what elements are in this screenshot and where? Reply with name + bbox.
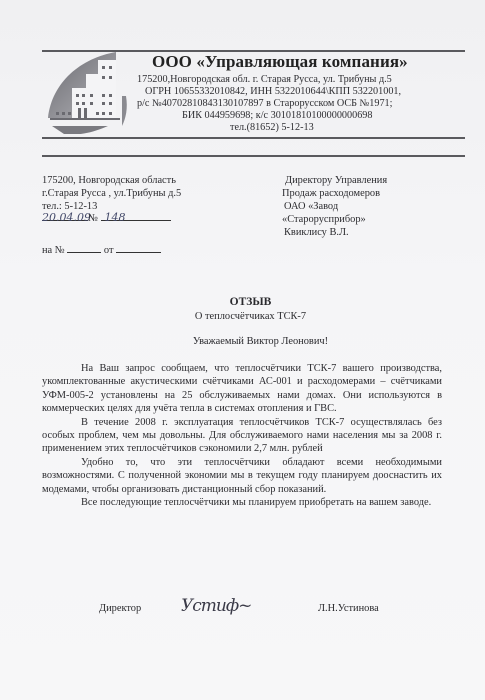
company-phone: тел.(81652) 5-12-13 <box>230 122 314 133</box>
body-paragraph-4: Все последующие теплосчётчики мы планиру… <box>42 496 442 509</box>
reply-to-number-blank <box>67 243 101 253</box>
outgoing-date-handwritten: 20.04.09 <box>42 211 88 221</box>
body-paragraph-3: Удобно то, что эти теплосчётчики обладаю… <box>42 456 442 496</box>
document-subtitle: О теплосчётчиках ТСК-7 <box>0 311 485 322</box>
recipient-line1: Директору Управления <box>285 175 387 186</box>
letterhead-bottom-rule <box>42 155 465 157</box>
recipient-line3: ОАО «Завод <box>284 201 338 212</box>
letter-body: На Ваш запрос сообщаем, что теплосчётчик… <box>42 362 442 509</box>
company-bik: БИК 044959698; к/с 30101810100000000698 <box>182 110 373 121</box>
salutation: Уважаемый Виктор Леонович! <box>0 336 485 347</box>
recipient-line5: Квиклису В.Л. <box>284 227 349 238</box>
building-logo-icon <box>46 52 130 134</box>
handwritten-signature: Устиф~ <box>181 596 251 616</box>
document-title: ОТЗЫВ <box>0 296 485 308</box>
letterhead-middle-rule <box>42 137 465 139</box>
signatory-position: Директор <box>99 603 141 614</box>
document-page: ООО «Управляющая компания» 175200,Новгор… <box>0 0 485 700</box>
company-name: ООО «Управляющая компания» <box>152 52 408 72</box>
signatory-name: Л.Н.Устинова <box>318 603 379 614</box>
reply-from-date-blank <box>116 243 161 253</box>
body-paragraph-2: В течение 2008 г. эксплуатация теплосчёт… <box>42 416 442 456</box>
company-registration: ОГРН 10655332010842, ИНН 5322010644\КПП … <box>145 86 401 97</box>
recipient-line4: «Старорусприбор» <box>282 214 366 225</box>
recipient-line2: Продаж расходомеров <box>282 188 380 199</box>
outgoing-no-handwritten: 148 <box>101 211 171 221</box>
company-address: 175200,Новгородская обл. г. Старая Русса… <box>137 74 392 85</box>
company-bank-account: р/с №40702810843130107897 в Старорусском… <box>137 98 392 109</box>
outgoing-no-label: № <box>88 213 98 224</box>
body-paragraph-1: На Ваш запрос сообщаем, что теплосчётчик… <box>42 362 442 416</box>
outgoing-number-line: 20.04.09№ 148 <box>42 211 171 224</box>
sender-address-line2: г.Старая Русса , ул.Трибуны д.5 <box>42 188 181 199</box>
reply-reference-line: на № от <box>42 243 161 256</box>
reply-to-label: на № <box>42 245 65 256</box>
reply-from-label: от <box>104 245 114 256</box>
sender-address-line1: 175200, Новгородская область <box>42 175 176 186</box>
